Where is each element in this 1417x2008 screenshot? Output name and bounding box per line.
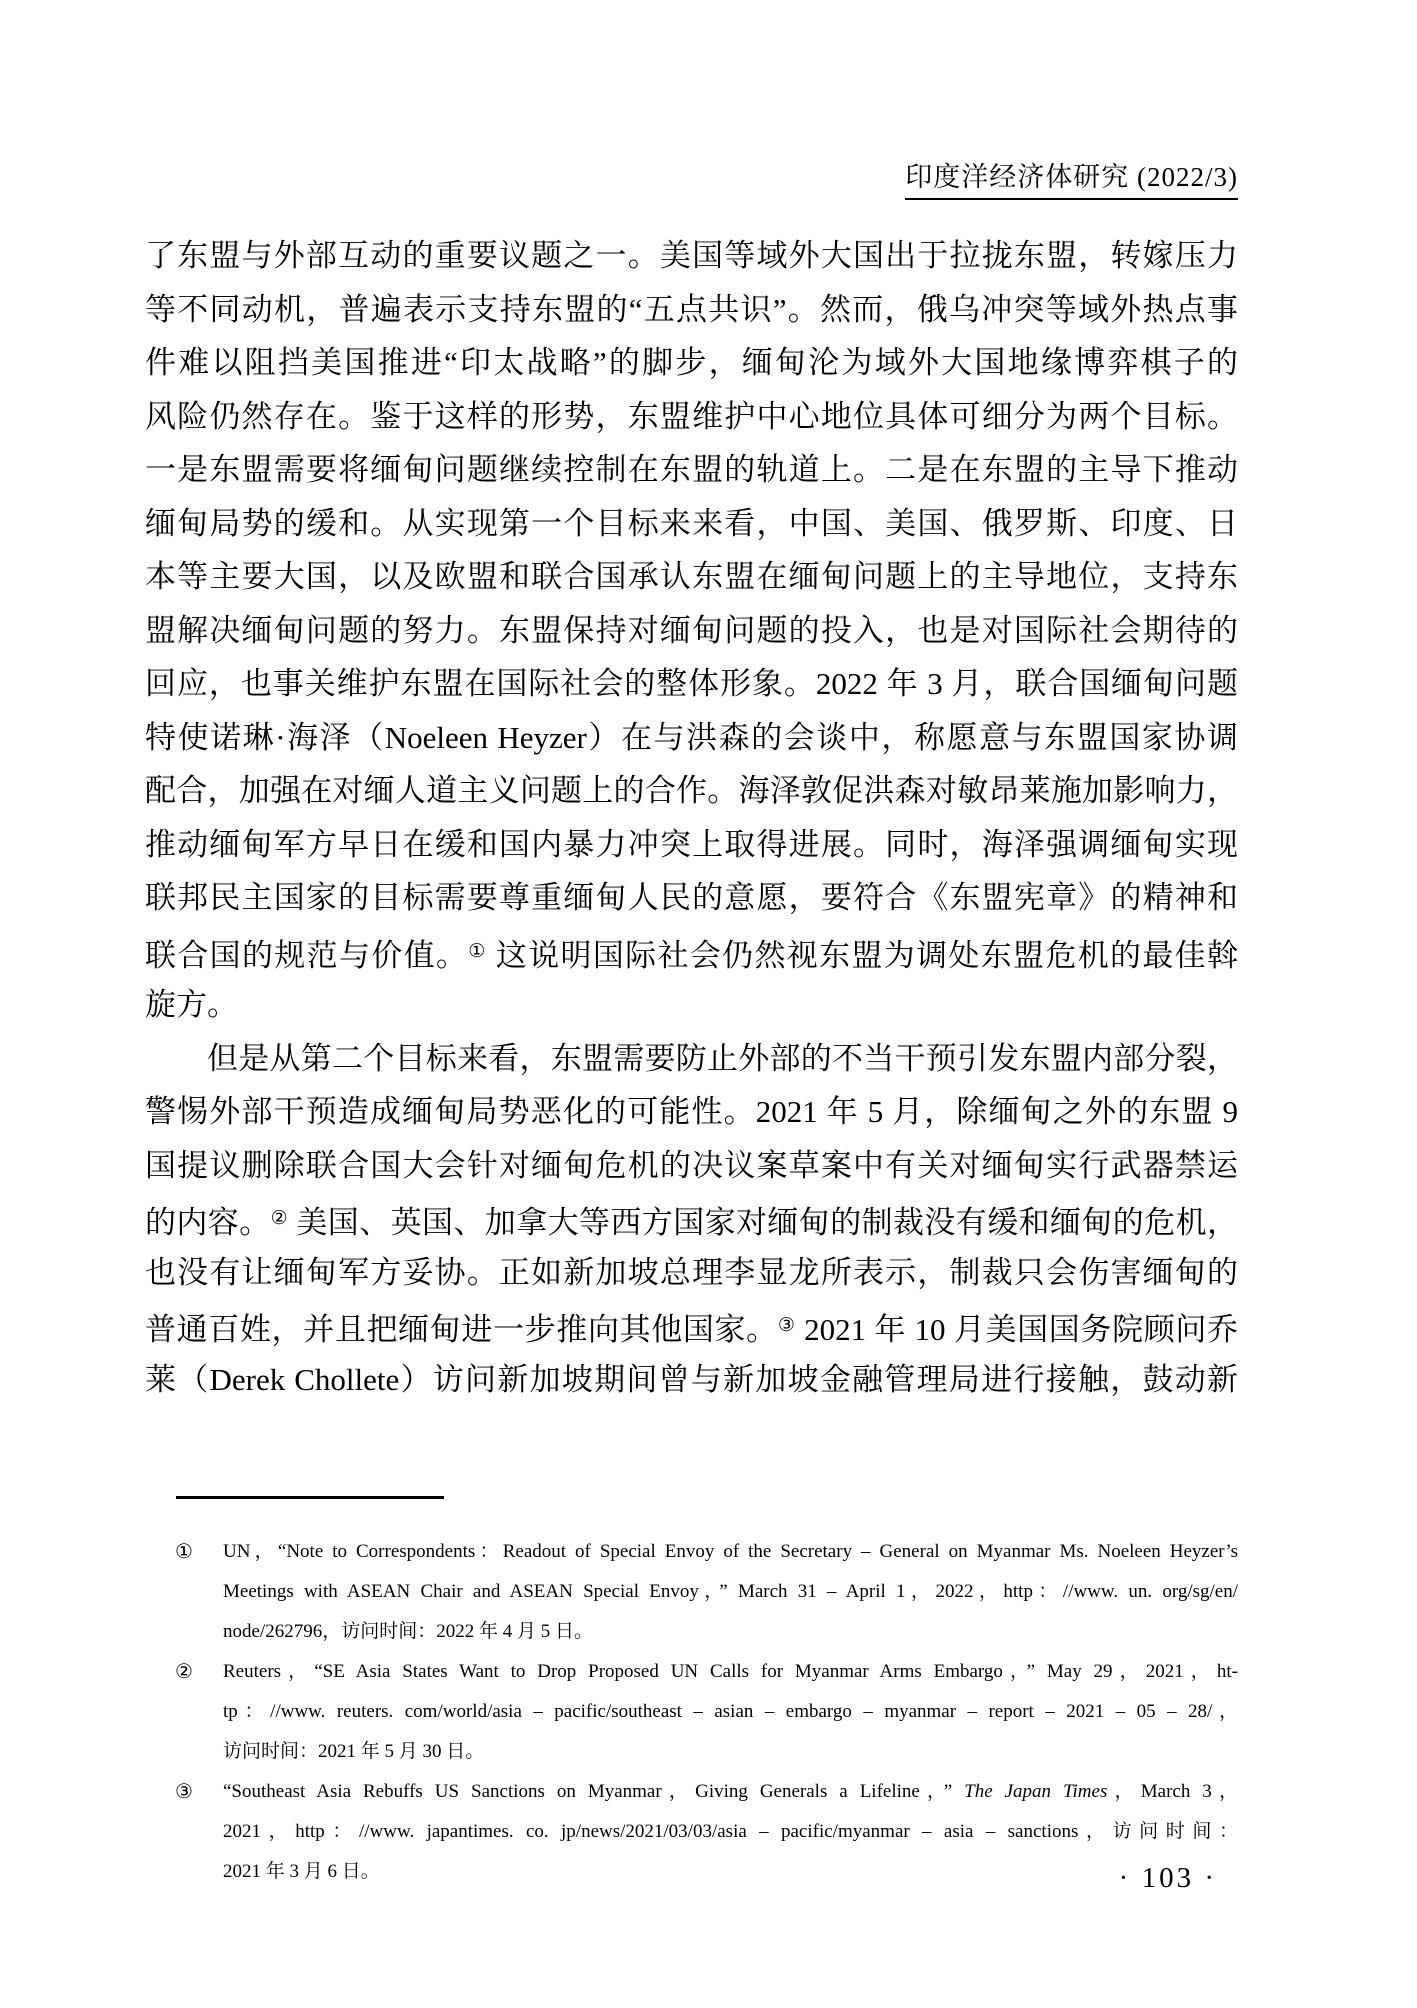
- body-text-line: 一是东盟需要将缅甸问题继续控制在东盟的轨道上。二是在东盟的主导下推动: [145, 443, 1238, 497]
- text-segment: 莱（Derek Chollete）访问新加坡期间曾与新加坡金融管理局进行接触，鼓…: [145, 1362, 1238, 1397]
- footnote-text-line: 2021 年 3 月 6 日。: [223, 1852, 1238, 1892]
- body-text-line: 等不同动机，普遍表示支持东盟的“五点共识”。然而，俄乌冲突等域外热点事: [145, 283, 1238, 337]
- footnote-reference-superscript: ②: [271, 1208, 289, 1229]
- text-segment: 的内容。: [145, 1205, 271, 1240]
- text-segment: 美国、英国、加拿大等西方国家对缅甸的制裁没有缓和缅甸的危机，: [288, 1205, 1238, 1240]
- text-segment: 这说明国际社会仍然视东盟为调处东盟危机的最佳斡: [487, 938, 1238, 973]
- body-text-line: 盟解决缅甸问题的努力。东盟保持对缅甸问题的投入，也是对国际社会期待的: [145, 604, 1238, 658]
- body-text-line: 但是从第二个目标来看，东盟需要防止外部的不当干预引发东盟内部分裂，: [145, 1032, 1238, 1086]
- footnote-section: ①UN，“Note to Correspondents：Readout of S…: [145, 1532, 1238, 1892]
- footnote-marker: ①: [175, 1532, 193, 1572]
- text-segment: 联合国的规范与价值。: [145, 938, 468, 973]
- footnote-item: ③“Southeast Asia Rebuffs US Sanctions on…: [145, 1772, 1238, 1892]
- footnote-text-line: “Southeast Asia Rebuffs US Sanctions on …: [223, 1772, 1238, 1812]
- text-segment: 普通百姓，并且把缅甸进一步推向其他国家。: [145, 1312, 778, 1347]
- footnote-text-line: tp：//www. reuters. com/world/asia – paci…: [223, 1692, 1238, 1732]
- text-segment: 盟解决缅甸问题的努力。东盟保持对缅甸问题的投入，也是对国际社会期待的: [145, 613, 1238, 648]
- text-segment: Reuters，“SE Asia States Want to Drop Pro…: [223, 1661, 1238, 1682]
- body-text-line: 旋方。: [145, 978, 1238, 1032]
- body-text-line: 配合，加强在对缅人道主义问题上的合作。海泽敦促洪森对敏昂莱施加影响力，: [145, 764, 1238, 818]
- page-number: · 103 ·: [1119, 1862, 1217, 1895]
- footnote-text-line: node/262796，访问时间：2022 年 4 月 5 日。: [223, 1612, 1238, 1652]
- footnote-marker: ③: [175, 1772, 193, 1812]
- footnote-reference-superscript: ①: [468, 941, 487, 962]
- footnote-item: ②Reuters，“SE Asia States Want to Drop Pr…: [145, 1652, 1238, 1772]
- text-segment: 也没有让缅甸军方妥协。正如新加坡总理李显龙所表示，制裁只会伤害缅甸的: [145, 1255, 1238, 1290]
- body-text-line: 警惕外部干预造成缅甸局势恶化的可能性。2021 年 5 月，除缅甸之外的东盟 9: [145, 1085, 1238, 1139]
- footnote-text-line: 访问时间：2021 年 5 月 30 日。: [223, 1732, 1238, 1772]
- text-segment: “Southeast Asia Rebuffs US Sanctions on …: [223, 1781, 964, 1802]
- italic-text: The Japan Times: [964, 1781, 1107, 1802]
- body-text-line: 联合国的规范与价值。① 这说明国际社会仍然视东盟为调处东盟危机的最佳斡: [145, 925, 1238, 979]
- text-segment: UN，“Note to Correspondents：Readout of Sp…: [223, 1541, 1238, 1562]
- body-text-line: 莱（Derek Chollete）访问新加坡期间曾与新加坡金融管理局进行接触，鼓…: [145, 1353, 1238, 1407]
- text-segment: node/262796，访问时间：2022 年 4 月 5 日。: [223, 1621, 593, 1642]
- footnote-marker: ②: [175, 1652, 193, 1692]
- text-segment: 回应，也事关维护东盟在国际社会的整体形象。2022 年 3 月，联合国缅甸问题: [145, 666, 1238, 701]
- text-segment: 风险仍然存在。鉴于这样的形势，东盟维护中心地位具体可细分为两个目标。: [145, 399, 1238, 434]
- body-text-line: 本等主要大国，以及欧盟和联合国承认东盟在缅甸问题上的主导地位，支持东: [145, 550, 1238, 604]
- text-segment: 特使诺琳·海泽（Noeleen Heyzer）在与洪森的会谈中，称愿意与东盟国家…: [145, 720, 1238, 755]
- body-text-line: 风险仍然存在。鉴于这样的形势，东盟维护中心地位具体可细分为两个目标。: [145, 390, 1238, 444]
- text-segment: 国提议删除联合国大会针对缅甸危机的决议案草案中有关对缅甸实行武器禁运: [145, 1148, 1238, 1183]
- article-body: 了东盟与外部互动的重要议题之一。美国等域外大国出于拉拢东盟，转嫁压力等不同动机，…: [145, 229, 1238, 1406]
- text-segment: 本等主要大国，以及欧盟和联合国承认东盟在缅甸问题上的主导地位，支持东: [145, 559, 1238, 594]
- text-segment: 2021 年 3 月 6 日。: [223, 1861, 380, 1882]
- footnote-text-line: 2021，http：//www. japantimes. co. jp/news…: [223, 1812, 1238, 1852]
- text-segment: 配合，加强在对缅人道主义问题上的合作。海泽敦促洪森对敏昂莱施加影响力，: [145, 773, 1238, 808]
- text-segment: 缅甸局势的缓和。从实现第一个目标来来看，中国、美国、俄罗斯、印度、日: [145, 506, 1238, 541]
- body-text-line: 联邦民主国家的目标需要尊重缅甸人民的意愿，要符合《东盟宪章》的精神和: [145, 871, 1238, 925]
- footnote-reference-superscript: ③: [778, 1315, 796, 1336]
- text-segment: 件难以阻挡美国推进“印太战略”的脚步，缅甸沦为域外大国地缘博弈棋子的: [145, 345, 1238, 380]
- body-text-line: 也没有让缅甸军方妥协。正如新加坡总理李显龙所表示，制裁只会伤害缅甸的: [145, 1246, 1238, 1300]
- body-text-line: 缅甸局势的缓和。从实现第一个目标来来看，中国、美国、俄罗斯、印度、日: [145, 497, 1238, 551]
- text-segment: 联邦民主国家的目标需要尊重缅甸人民的意愿，要符合《东盟宪章》的精神和: [145, 880, 1238, 915]
- text-segment: 2021 年 10 月美国国务院顾问乔: [796, 1312, 1238, 1347]
- body-text-line: 推动缅甸军方早日在缓和国内暴力冲突上取得进展。同时，海泽强调缅甸实现: [145, 818, 1238, 872]
- text-segment: 警惕外部干预造成缅甸局势恶化的可能性。2021 年 5 月，除缅甸之外的东盟 9: [145, 1094, 1238, 1129]
- text-segment: 了东盟与外部互动的重要议题之一。美国等域外大国出于拉拢东盟，转嫁压力: [145, 238, 1238, 273]
- journal-header: 印度洋经济体研究 (2022/3): [905, 161, 1238, 200]
- body-text-line: 国提议删除联合国大会针对缅甸危机的决议案草案中有关对缅甸实行武器禁运: [145, 1139, 1238, 1193]
- journal-title: 印度洋经济体研究 (2022/3): [905, 162, 1238, 192]
- footnote-text-line: Meetings with ASEAN Chair and ASEAN Spec…: [223, 1572, 1238, 1612]
- body-text-line: 了东盟与外部互动的重要议题之一。美国等域外大国出于拉拢东盟，转嫁压力: [145, 229, 1238, 283]
- body-text-line: 回应，也事关维护东盟在国际社会的整体形象。2022 年 3 月，联合国缅甸问题: [145, 657, 1238, 711]
- body-text-line: 的内容。② 美国、英国、加拿大等西方国家对缅甸的制裁没有缓和缅甸的危机，: [145, 1192, 1238, 1246]
- text-segment: Meetings with ASEAN Chair and ASEAN Spec…: [223, 1581, 1238, 1602]
- footnote-separator: [176, 1496, 444, 1499]
- footnote-item: ①UN，“Note to Correspondents：Readout of S…: [145, 1532, 1238, 1652]
- text-segment: 2021，http：//www. japantimes. co. jp/news…: [223, 1821, 1238, 1842]
- text-segment: 一是东盟需要将缅甸问题继续控制在东盟的轨道上。二是在东盟的主导下推动: [145, 452, 1238, 487]
- footnote-text-line: UN，“Note to Correspondents：Readout of Sp…: [223, 1532, 1238, 1572]
- document-page: 印度洋经济体研究 (2022/3) 了东盟与外部互动的重要议题之一。美国等域外大…: [0, 0, 1417, 2008]
- text-segment: 访问时间：2021 年 5 月 30 日。: [223, 1741, 484, 1762]
- body-text-line: 普通百姓，并且把缅甸进一步推向其他国家。③ 2021 年 10 月美国国务院顾问…: [145, 1299, 1238, 1353]
- text-segment: 等不同动机，普遍表示支持东盟的“五点共识”。然而，俄乌冲突等域外热点事: [145, 292, 1238, 327]
- text-segment: ，March 3，: [1107, 1781, 1238, 1802]
- text-segment: 推动缅甸军方早日在缓和国内暴力冲突上取得进展。同时，海泽强调缅甸实现: [145, 827, 1238, 862]
- body-text-line: 件难以阻挡美国推进“印太战略”的脚步，缅甸沦为域外大国地缘博弈棋子的: [145, 336, 1238, 390]
- footnote-text-line: Reuters，“SE Asia States Want to Drop Pro…: [223, 1652, 1238, 1692]
- text-segment: tp：//www. reuters. com/world/asia – paci…: [223, 1701, 1238, 1722]
- text-segment: 旋方。: [145, 987, 238, 1022]
- body-text-line: 特使诺琳·海泽（Noeleen Heyzer）在与洪森的会谈中，称愿意与东盟国家…: [145, 711, 1238, 765]
- text-segment: 但是从第二个目标来看，东盟需要防止外部的不当干预引发东盟内部分裂，: [207, 1041, 1238, 1076]
